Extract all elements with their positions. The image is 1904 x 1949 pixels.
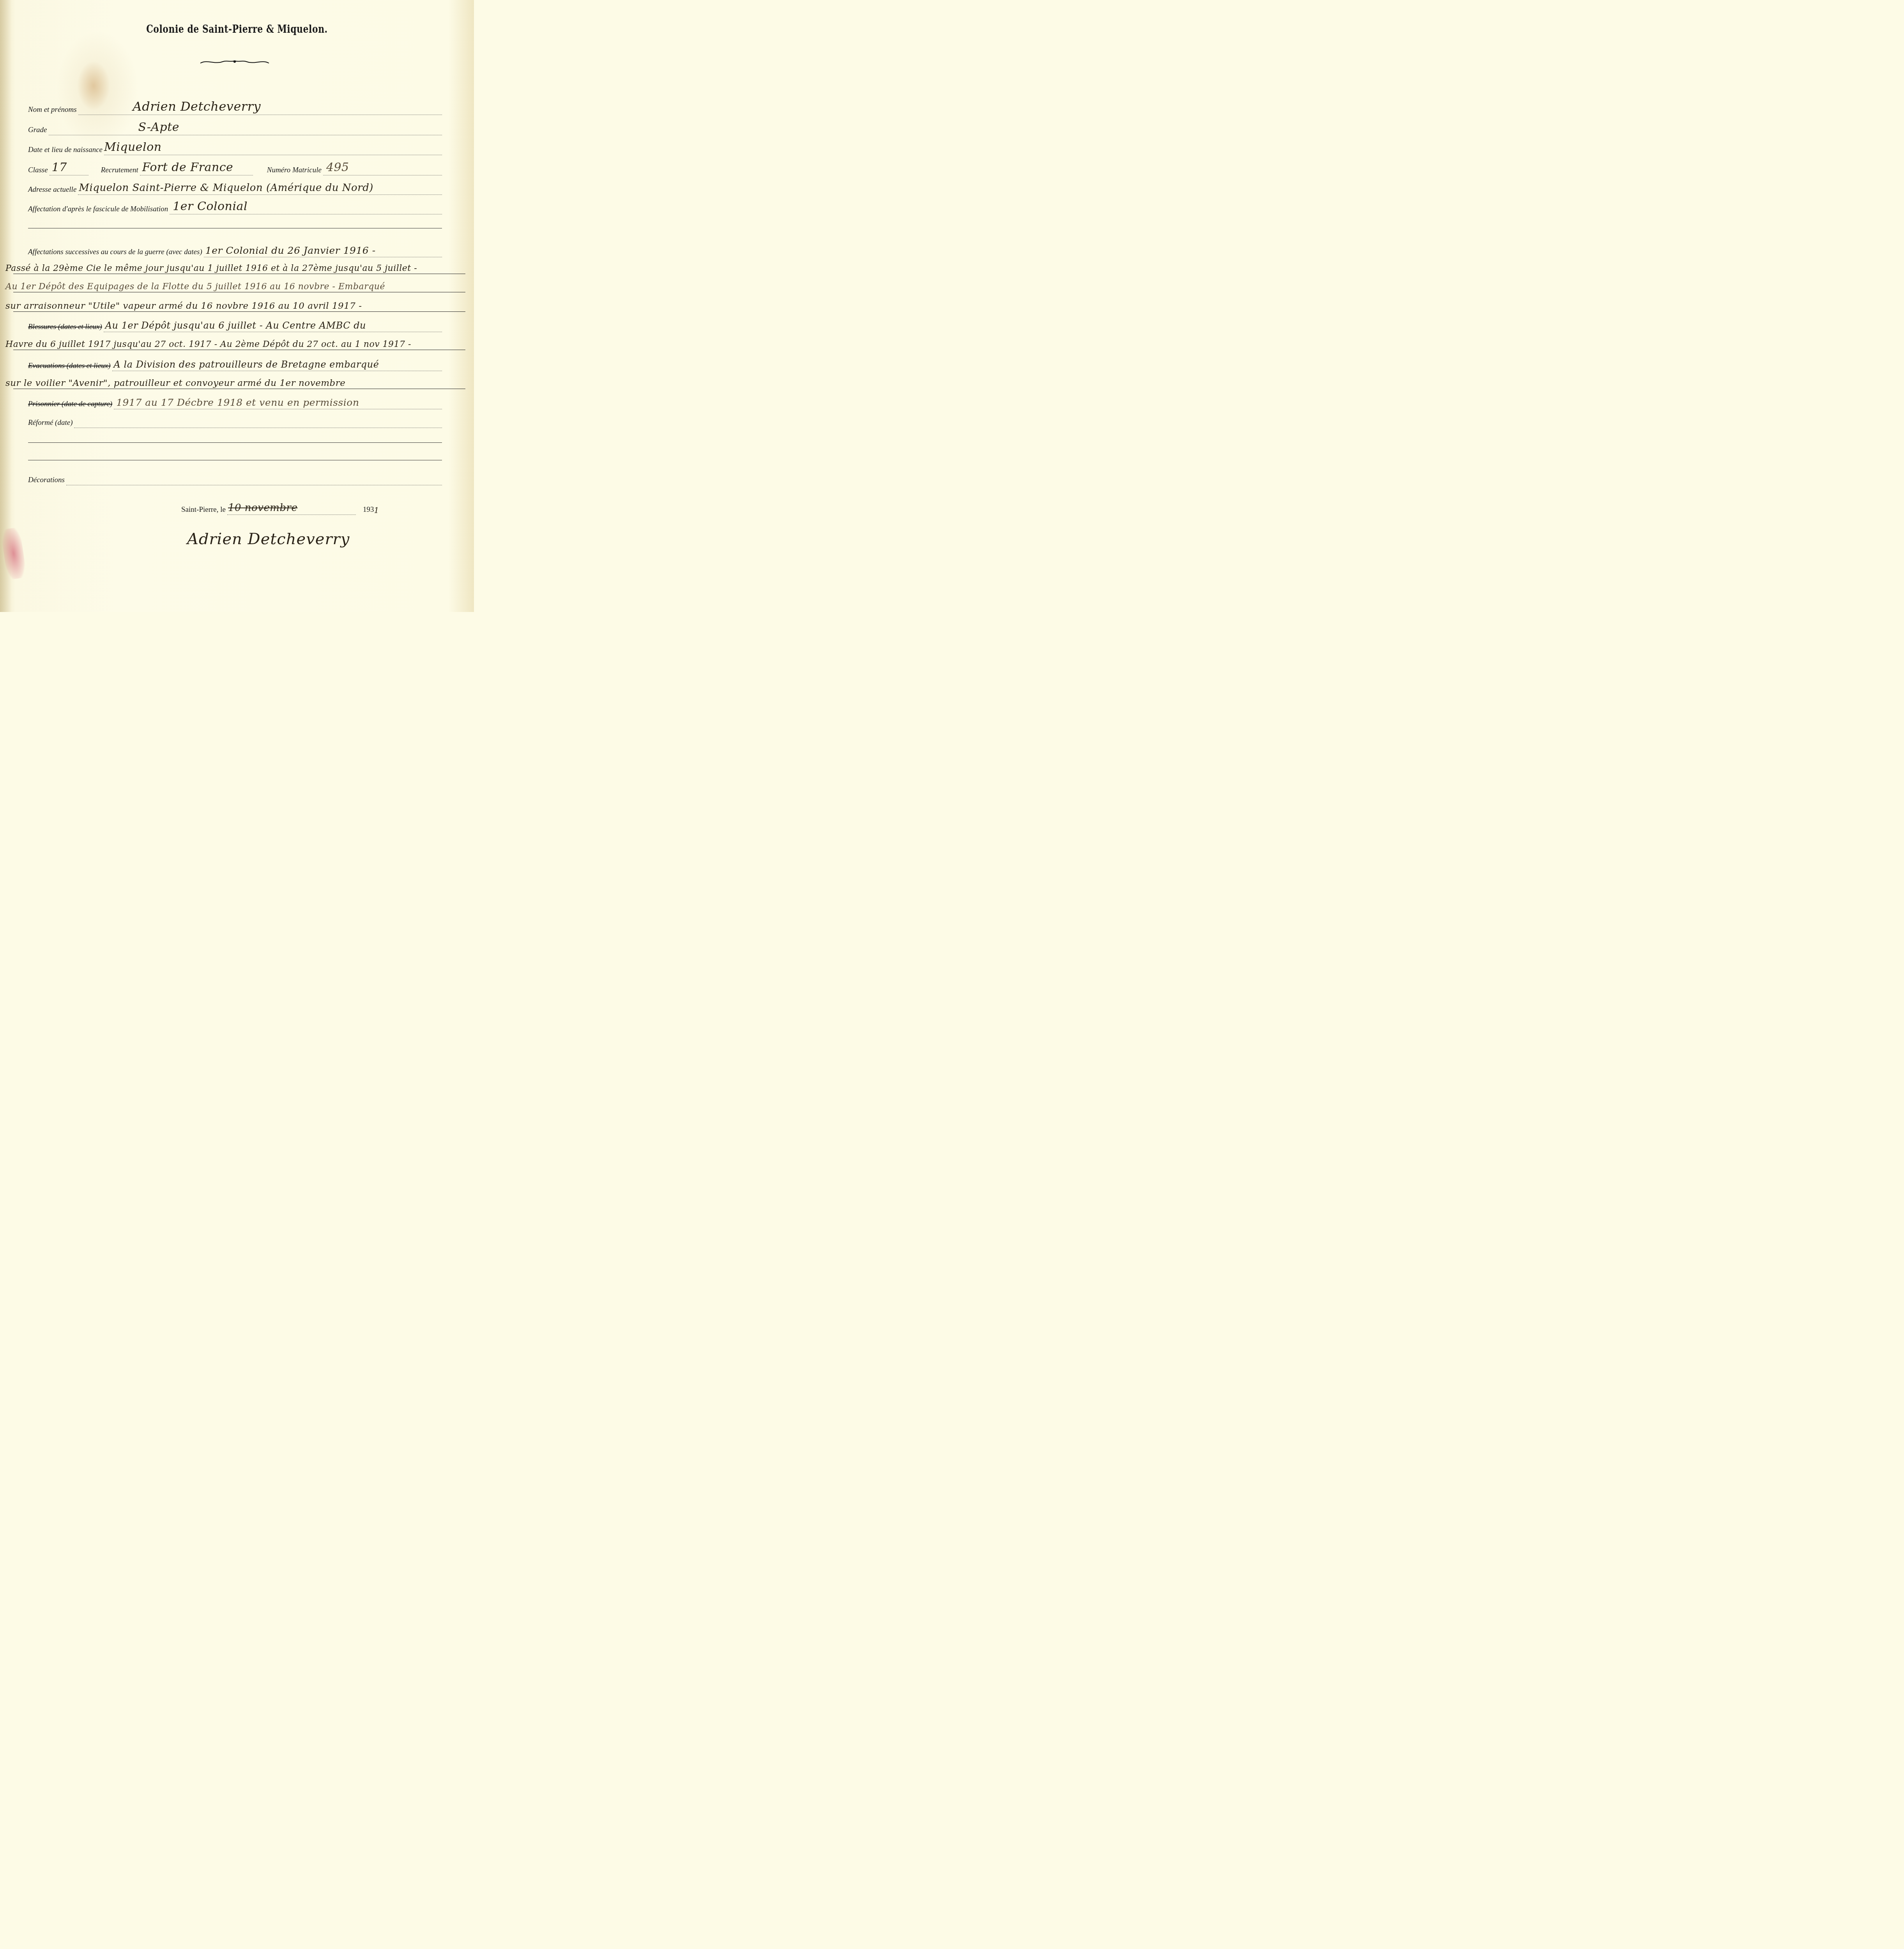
blank-line: [28, 460, 442, 460]
input-prisonnier[interactable]: 1917 au 17 Décbre 1918 et venu en permis…: [114, 397, 442, 409]
value-affectations-line-1: 1er Colonial du 26 Janvier 1916 -: [205, 245, 376, 256]
label-prisonnier: Prisonnier (date de capture): [28, 400, 112, 409]
input-affectations-successives[interactable]: 1er Colonial du 26 Janvier 1916 -: [204, 245, 442, 257]
field-decorations: Décorations: [28, 470, 442, 485]
field-grade: Grade S-Apte: [28, 120, 442, 135]
rule: [13, 389, 465, 389]
field-evacuations: Evacuations (dates et lieux) A la Divisi…: [28, 355, 442, 371]
value-naissance: Miquelon: [104, 140, 162, 154]
value-evacuations-line-2: sur le voilier "Avenir", patrouilleur et…: [5, 378, 345, 388]
date-line: Saint-Pierre, le 10 novembre 193 1: [181, 503, 379, 515]
label-evacuations: Evacuations (dates et lieux): [28, 362, 111, 371]
label-year-prefix: 193: [363, 506, 374, 515]
field-prisonnier: Prisonnier (date de capture) 1917 au 17 …: [28, 394, 442, 409]
input-date[interactable]: 10 novembre: [227, 503, 356, 515]
affectations-line-2: Passé à la 29ème Cie le même jour jusqu'…: [5, 259, 465, 275]
input-grade[interactable]: S-Apte: [49, 123, 442, 135]
label-reforme: Réformé (date): [28, 419, 72, 428]
rule: [13, 292, 465, 292]
evacuations-line-2: sur le voilier "Avenir", patrouilleur et…: [5, 374, 465, 390]
field-naissance: Date et lieu de naissance Miquelon: [28, 140, 442, 155]
value-affectations-line-3: Au 1er Dépôt des Equipages de la Flotte …: [5, 282, 385, 292]
affectations-line-4: sur arraisonneur "Utile" vapeur armé du …: [5, 297, 465, 313]
blessures-line-2: Havre du 6 juillet 1917 jusqu'au 27 oct.…: [5, 335, 465, 351]
value-nom: Adrien Detcheverry: [133, 99, 261, 114]
affectations-line-3: Au 1er Dépôt des Equipages de la Flotte …: [5, 278, 465, 293]
value-recrutement: Fort de France: [142, 161, 233, 174]
field-affectations-successives: Affectations successives au cours de la …: [28, 242, 442, 257]
field-affectation-mobilisation: Affectation d'après le fascicule de Mobi…: [28, 199, 442, 214]
label-recrutement: Recrutement: [101, 166, 138, 175]
input-evacuations[interactable]: A la Division des patrouilleurs de Breta…: [112, 359, 442, 371]
input-reforme[interactable]: [74, 416, 442, 428]
input-recrutement[interactable]: Fort de France: [140, 163, 253, 175]
value-affectation-mobilisation: 1er Colonial: [173, 200, 248, 213]
input-nom[interactable]: Adrien Detcheverry: [78, 103, 442, 115]
input-matricule[interactable]: 495: [323, 163, 442, 175]
value-blessures-line-2: Havre du 6 juillet 1917 jusqu'au 27 oct.…: [5, 340, 411, 349]
label-naissance: Date et lieu de naissance: [28, 146, 103, 155]
field-classe-row: Classe 17 Recrutement Fort de France Num…: [28, 160, 442, 175]
blank-line: [28, 442, 442, 443]
rule: [13, 350, 465, 350]
field-adresse: Adresse actuelle Miquelon Saint-Pierre &…: [28, 179, 442, 195]
label-classe: Classe: [28, 166, 48, 175]
label-grade: Grade: [28, 126, 47, 135]
value-affectations-line-4: sur arraisonneur "Utile" vapeur armé du …: [5, 301, 362, 311]
rule: [13, 274, 465, 274]
label-place: Saint-Pierre, le: [181, 506, 226, 515]
input-decorations[interactable]: [66, 473, 442, 485]
value-evacuations-line-1: A la Division des patrouilleurs de Breta…: [114, 359, 379, 370]
value-adresse: Miquelon Saint-Pierre & Miquelon (Amériq…: [79, 182, 373, 194]
value-prisonnier: 1917 au 17 Décbre 1918 et venu en permis…: [116, 397, 359, 408]
label-affectation-mobilisation: Affectation d'après le fascicule de Mobi…: [28, 205, 168, 214]
label-affectations-successives: Affectations successives au cours de la …: [28, 248, 202, 257]
label-matricule: Numéro Matricule: [267, 166, 322, 175]
input-blessures[interactable]: Au 1er Dépôt jusqu'au 6 juillet - Au Cen…: [104, 320, 442, 332]
signature: Adrien Detcheverry: [187, 530, 350, 548]
label-decorations: Décorations: [28, 476, 65, 485]
input-classe[interactable]: 17: [50, 163, 88, 175]
value-year-suffix: 1: [374, 506, 379, 515]
value-blessures-line-1: Au 1er Dépôt jusqu'au 6 juillet - Au Cen…: [105, 320, 366, 331]
value-date: 10 novembre: [228, 502, 297, 514]
document-title: Colonie de Saint-Pierre & Miquelon.: [0, 23, 474, 36]
label-blessures: Blessures (dates et lieux): [28, 323, 102, 332]
input-affectation-mobilisation[interactable]: 1er Colonial: [170, 202, 442, 214]
input-naissance[interactable]: Miquelon: [104, 143, 442, 155]
input-adresse[interactable]: Miquelon Saint-Pierre & Miquelon (Amériq…: [78, 183, 442, 195]
field-reforme: Réformé (date): [28, 412, 442, 428]
blank-line: [28, 228, 442, 228]
label-adresse: Adresse actuelle: [28, 186, 76, 195]
decorative-flourish-icon: [200, 58, 270, 65]
label-nom: Nom et prénoms: [28, 106, 77, 115]
value-grade: S-Apte: [138, 120, 179, 134]
rule: [13, 311, 465, 312]
value-classe: 17: [52, 161, 67, 174]
field-nom: Nom et prénoms Adrien Detcheverry: [28, 99, 442, 115]
value-matricule: 495: [326, 161, 349, 174]
field-blessures: Blessures (dates et lieux) Au 1er Dépôt …: [28, 317, 442, 332]
value-affectations-line-2: Passé à la 29ème Cie le même jour jusqu'…: [5, 264, 417, 273]
